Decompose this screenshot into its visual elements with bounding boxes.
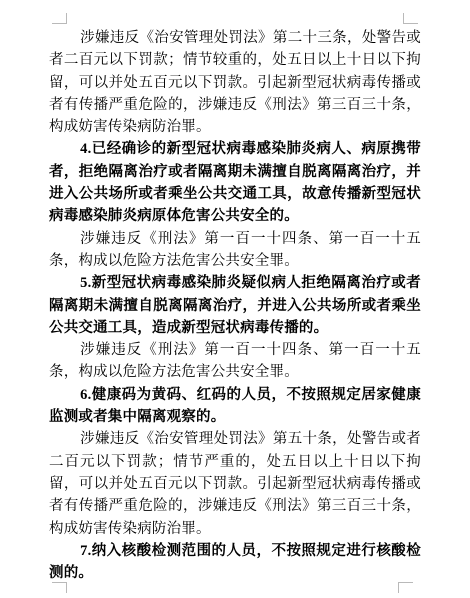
numbered-item-paragraph: 4.已经确诊的新型冠状病毒感染肺炎病人、病原携带者，拒绝隔离治疗或者隔离期未满擅…: [49, 138, 421, 227]
margin-mark-top-right: [403, 13, 418, 24]
numbered-item-paragraph: 7.纳入核酸检测范围的人员，不按照规定进行核酸检测的。: [49, 540, 421, 585]
margin-mark-top-left: [52, 13, 67, 24]
body-paragraph: 涉嫌违反《治安管理处罚法》第二十三条，处警告或者二百元以下罚款；情节较重的，处五…: [49, 27, 421, 138]
numbered-item-paragraph: 5.新型冠状病毒感染肺炎疑似病人拒绝隔离治疗或者隔离期未满擅自脱离隔离治疗，并进…: [49, 272, 421, 339]
body-paragraph: 涉嫌违反《治安管理处罚法》第五十条，处警告或者二百元以下罚款；情节严重的，处五日…: [49, 428, 421, 539]
numbered-item-paragraph: 6.健康码为黄码、红码的人员，不按照规定居家健康监测或者集中隔离观察的。: [49, 384, 421, 429]
body-paragraph: 涉嫌违反《刑法》第一百一十四条、第一百一十五条，构成以危险方法危害公共安全罪。: [49, 228, 421, 273]
body-paragraph: 涉嫌违反《刑法》第一百一十四条、第一百一十五条，构成以危险方法危害公共安全罪。: [49, 339, 421, 384]
document-body: 涉嫌违反《治安管理处罚法》第二十三条，处警告或者二百元以下罚款；情节较重的，处五…: [49, 27, 421, 584]
document-page: 涉嫌违反《治安管理处罚法》第二十三条，处警告或者二百元以下罚款；情节较重的，处五…: [0, 0, 470, 598]
